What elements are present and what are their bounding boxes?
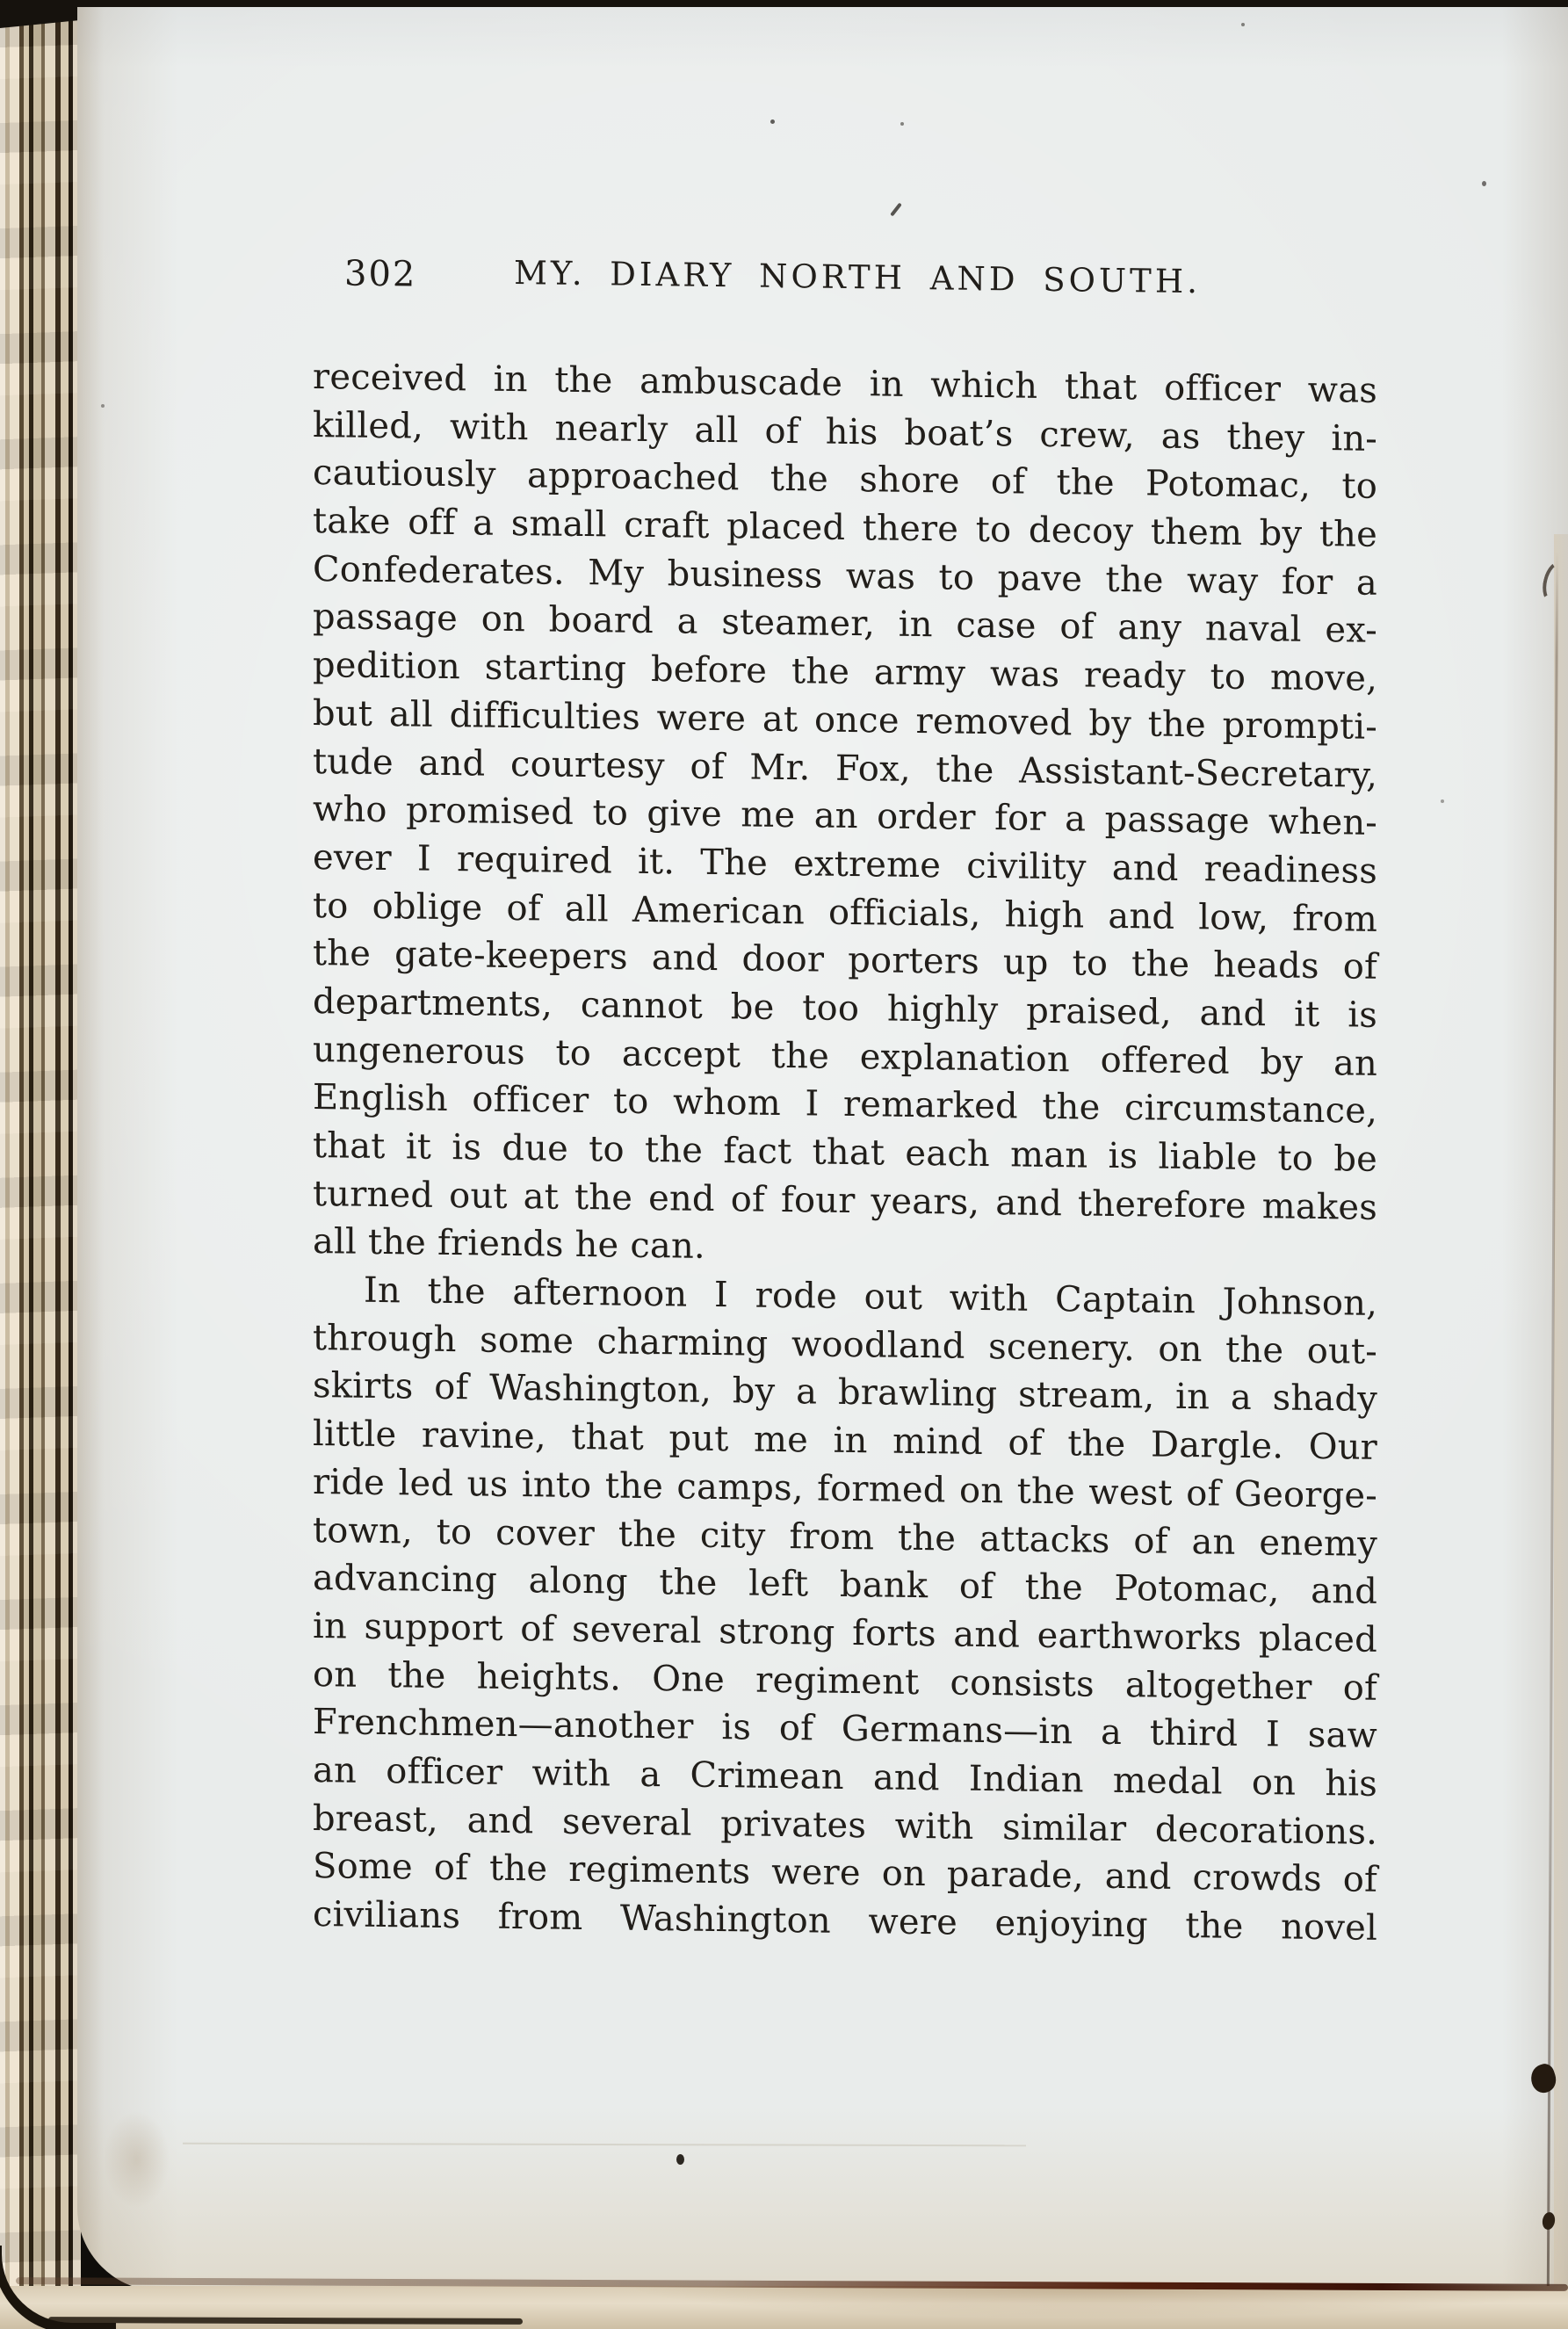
paragraph: In the afternoon I rode out with Captain… xyxy=(313,1266,1377,1952)
page-content: 302 MY. DIARY NORTH AND SOUTH. received … xyxy=(313,244,1377,1953)
page-header: 302 MY. DIARY NORTH AND SOUTH. xyxy=(313,251,1377,320)
page-edge-stack xyxy=(0,18,81,2293)
ink-speck xyxy=(1241,23,1245,26)
ink-speck xyxy=(1441,799,1444,803)
ink-speck xyxy=(1482,181,1486,186)
paragraph: received in the ambuscade in which that … xyxy=(313,353,1377,1280)
paper-smudge xyxy=(104,2111,170,2208)
paper-crease xyxy=(183,2143,1026,2147)
ink-speck xyxy=(890,203,902,217)
ink-speck xyxy=(676,2154,684,2165)
running-title: MY. DIARY NORTH AND SOUTH. xyxy=(313,251,1377,303)
page-number: 302 xyxy=(344,253,416,294)
ink-speck xyxy=(770,119,775,124)
book-page: 302 MY. DIARY NORTH AND SOUTH. received … xyxy=(77,7,1568,2291)
ink-speck xyxy=(900,122,904,126)
book-photo: 302 MY. DIARY NORTH AND SOUTH. received … xyxy=(0,0,1568,2329)
ink-speck xyxy=(101,404,105,408)
